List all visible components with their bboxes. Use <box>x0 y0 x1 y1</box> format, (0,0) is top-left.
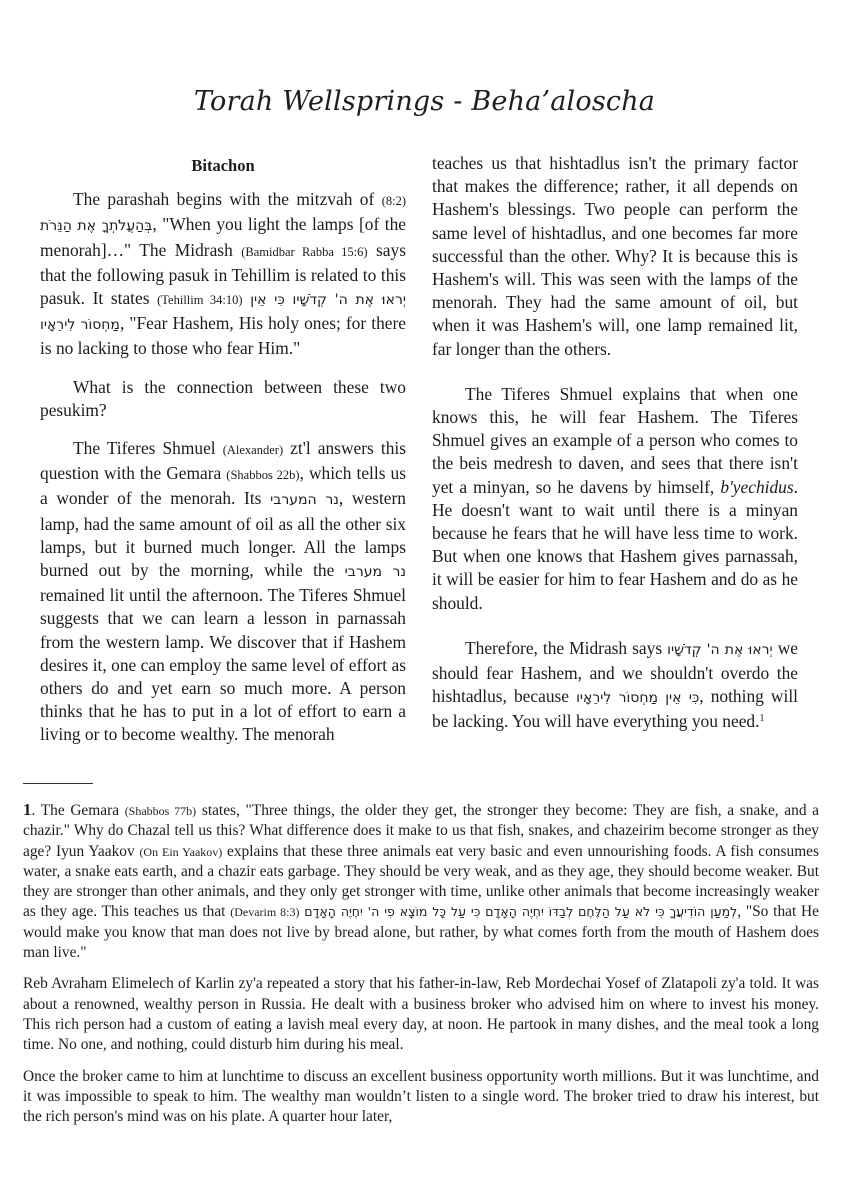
right-column: teaches us that hishtadlus isn't the pri… <box>432 152 798 749</box>
text: The Tiferes Shmuel <box>73 438 223 458</box>
paragraph-continuation: teaches us that hishtadlus isn't the pri… <box>432 152 798 361</box>
text: Therefore, the Midrash says <box>465 638 667 658</box>
left-column: Bitachon The parashah begins with the mi… <box>40 152 406 762</box>
citation: (On Ein Yaakov) <box>139 845 222 859</box>
hebrew-quote: כִּי אֵין מַחְסוֹר לִירֵאָיו <box>576 690 699 706</box>
paragraph-question: What is the connection between these two… <box>40 376 406 422</box>
hebrew-quote: בְּהַעֲלֹתְךָ אֶת הַנֵּרֹת <box>40 218 152 234</box>
citation: (8:2) <box>382 194 406 208</box>
hebrew-term: נר מערבי <box>345 564 406 580</box>
footnote-1: 1. The Gemara (Shabbos 77b) states, "Thr… <box>23 800 819 963</box>
text: remained lit until the afternoon. The Ti… <box>40 585 406 744</box>
footnote-reference[interactable]: 1 <box>759 713 764 724</box>
citation: (Bamidbar Rabba 15:6) <box>241 245 367 259</box>
footnotes-section: 1. The Gemara (Shabbos 77b) states, "Thr… <box>23 800 819 1138</box>
hebrew-quote: יְראוּ אֶת ה' קְדֹשָׁיו <box>667 642 773 658</box>
footnote-story-paragraph: Once the broker came to him at lunchtime… <box>23 1067 819 1128</box>
paragraph-answer: The Tiferes Shmuel (Alexander) zt'l answ… <box>40 437 406 747</box>
hebrew-term: נר המערבי <box>270 492 339 508</box>
footnote-story-paragraph: Reb Avraham Elimelech of Karlin zy'a rep… <box>23 974 819 1055</box>
paragraph-explanation: The Tiferes Shmuel explains that when on… <box>432 383 798 615</box>
citation: (Shabbos 77b) <box>125 804 196 818</box>
text: The parashah begins with the mitzvah of <box>73 189 382 209</box>
text: . He doesn't want to wait until there is… <box>432 477 798 613</box>
paragraph-conclusion: Therefore, the Midrash says יְראוּ אֶת ה… <box>432 637 798 734</box>
page-title: Torah Wellsprings - Beha’aloscha <box>0 86 849 117</box>
text: . The Gemara <box>32 802 125 819</box>
italic-term: b'yechidus <box>720 477 793 497</box>
section-heading: Bitachon <box>40 154 406 177</box>
footnote-divider <box>23 783 93 784</box>
footnote-number: 1 <box>23 800 32 819</box>
citation: (Alexander) <box>223 443 283 457</box>
paragraph-intro: The parashah begins with the mitzvah of … <box>40 188 406 360</box>
citation: (Tehillim 34:10) <box>157 293 242 307</box>
hebrew-quote: לְמַעַן הוֹדִיעֲךָ כִּי לֹא עַל הַלֶּחֶם… <box>304 904 737 919</box>
citation: (Shabbos 22b) <box>226 468 299 482</box>
citation: (Devarim 8:3) <box>230 905 299 919</box>
